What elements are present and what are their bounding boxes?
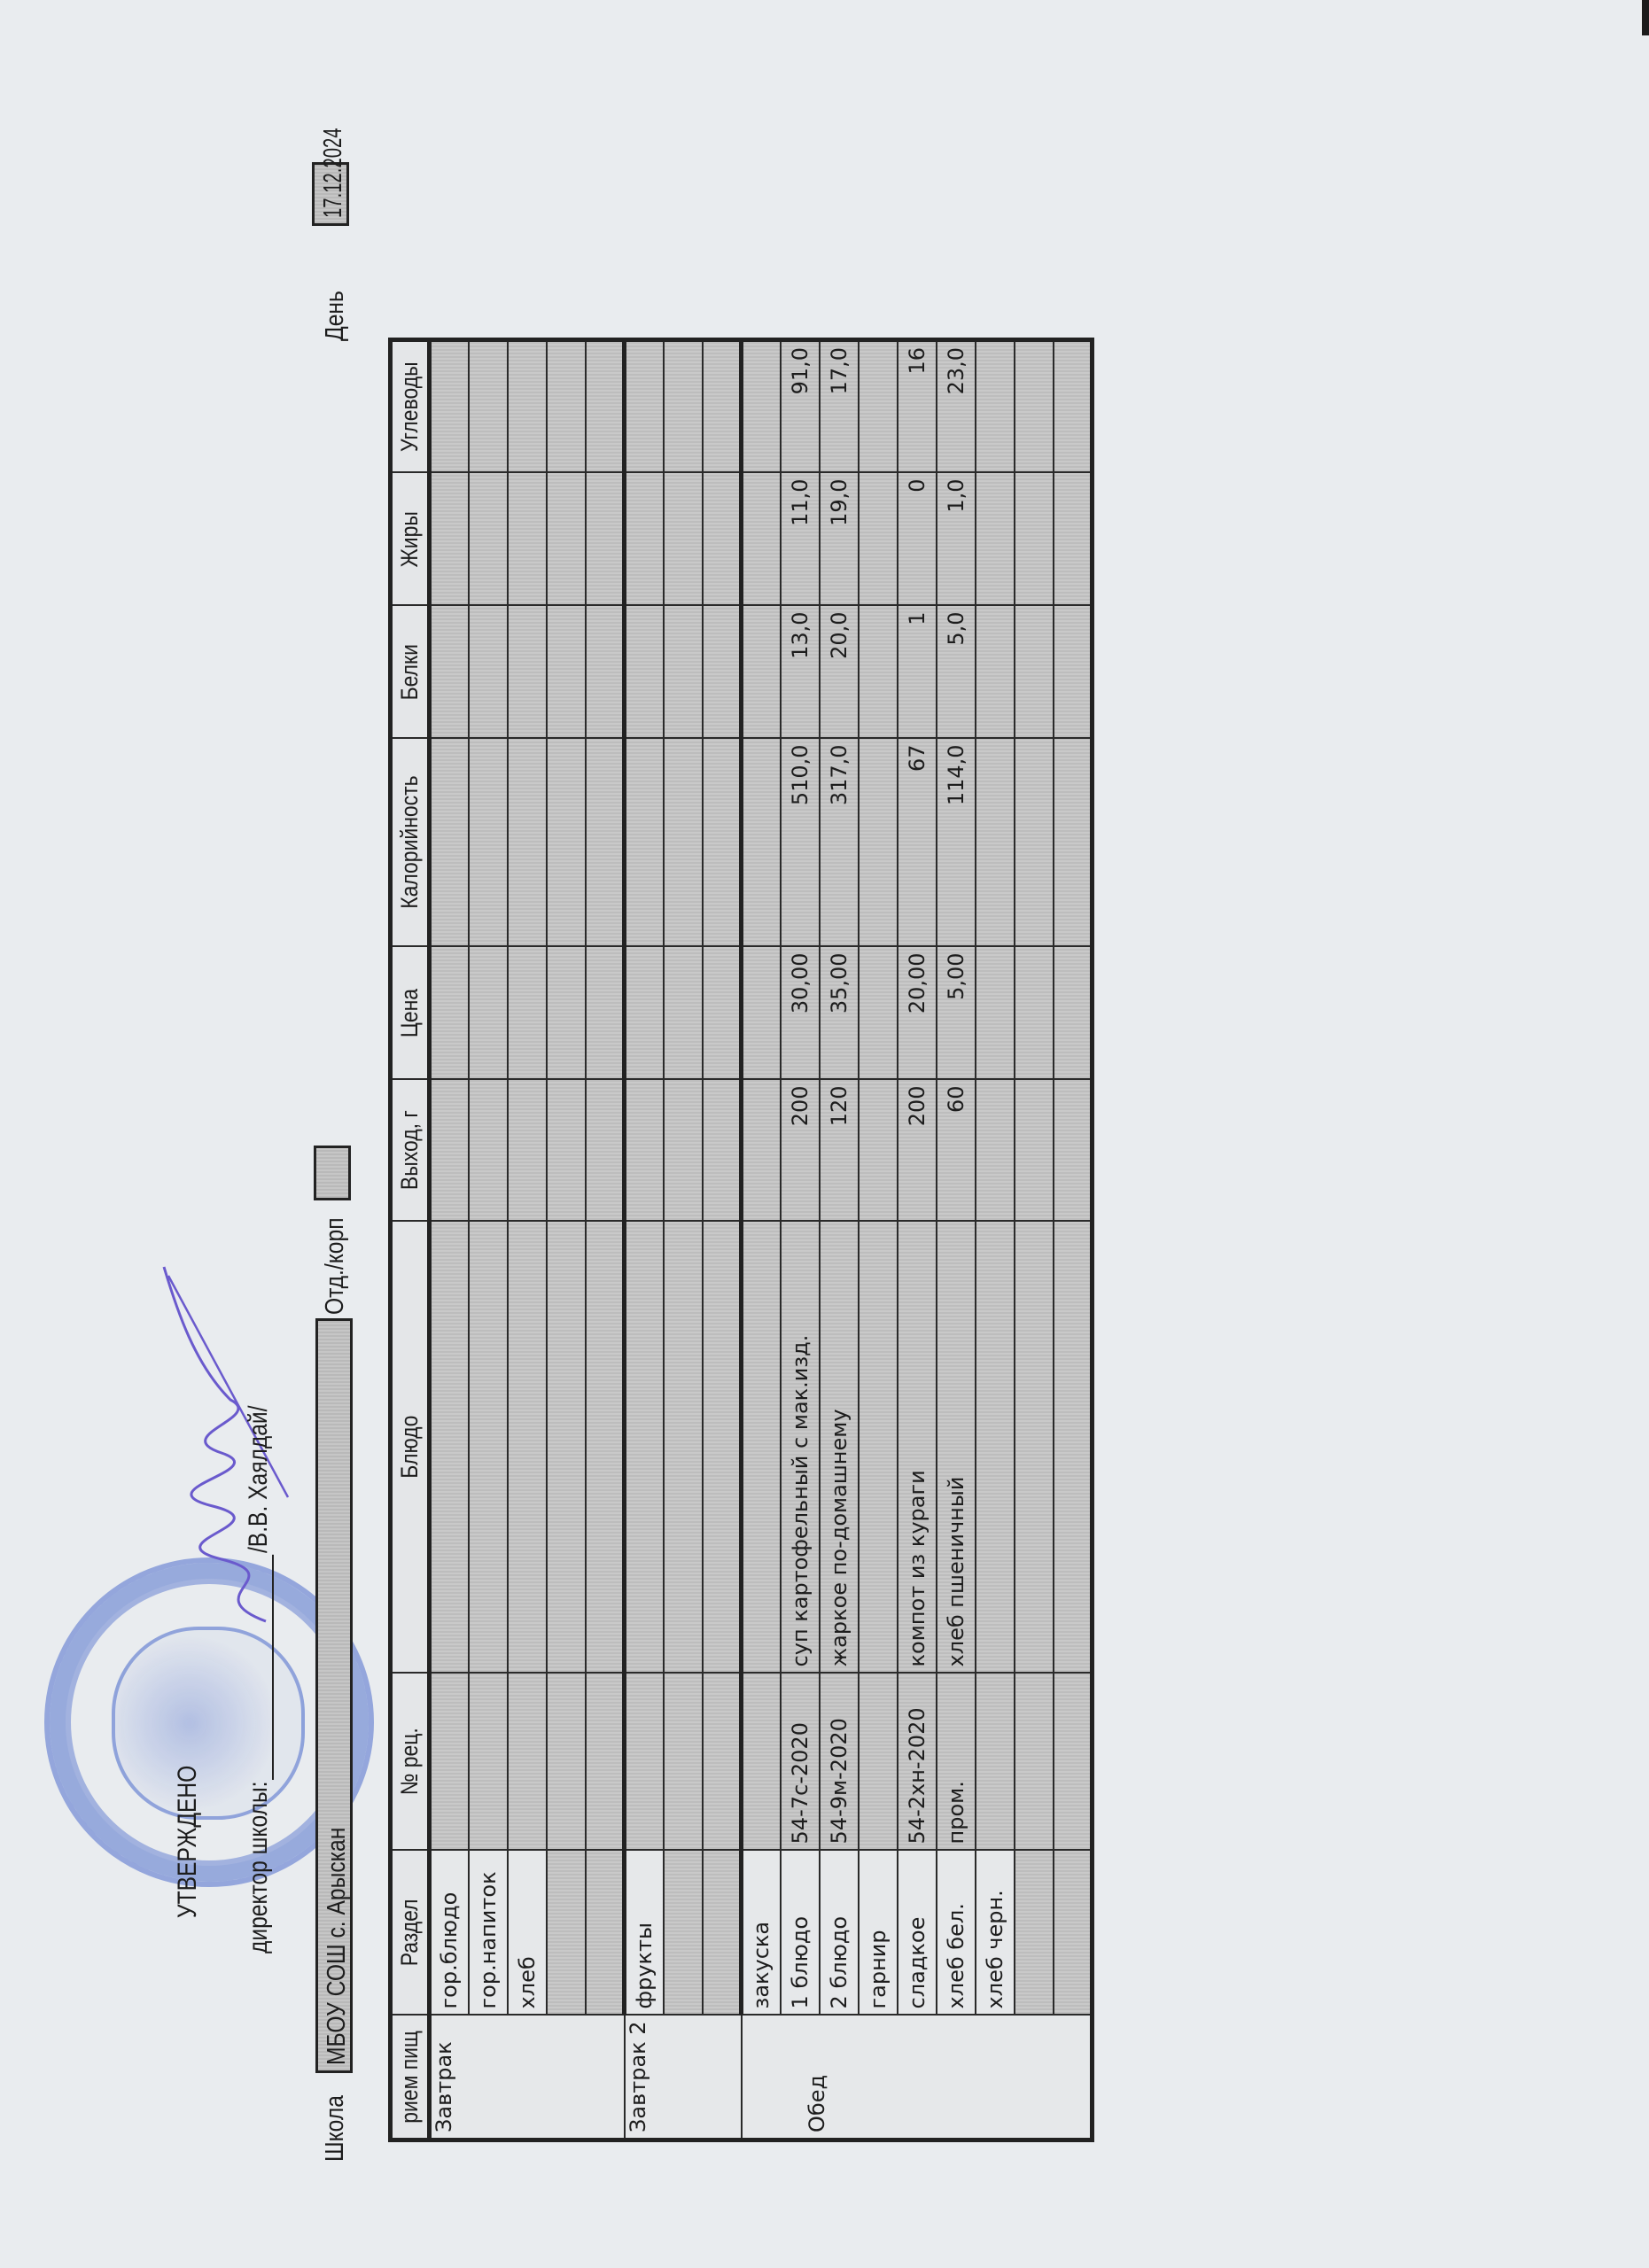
protein-cell <box>664 605 703 738</box>
protein-cell <box>703 605 742 738</box>
price-cell <box>547 946 586 1079</box>
dish-cell <box>1054 1221 1093 1673</box>
protein-cell <box>469 605 508 738</box>
section-cell <box>1015 1850 1054 2015</box>
director-line: директор школы:/В.В. Хаялдай/ <box>244 1406 274 1953</box>
col-protein: Белки <box>391 605 430 738</box>
output-cell <box>586 1079 625 1221</box>
price-cell <box>508 946 547 1079</box>
table-row <box>1054 339 1093 2140</box>
protein-cell <box>859 605 898 738</box>
recipe-cell <box>742 1673 781 1850</box>
table-row: гарнир <box>859 339 898 2140</box>
calories-cell <box>976 738 1015 946</box>
carbs-cell <box>625 339 664 472</box>
recipe-cell <box>430 1673 469 1850</box>
col-section: Раздел <box>391 1850 430 2015</box>
recipe-cell: 54-2хн-2020 <box>898 1673 937 1850</box>
calories-cell: 114,0 <box>937 738 976 946</box>
department-label: Отд./корп <box>321 1217 350 1315</box>
signature-line <box>272 1555 274 1780</box>
price-cell: 20,00 <box>898 946 937 1079</box>
price-cell <box>1015 946 1054 1079</box>
protein-cell: 20,0 <box>820 605 859 738</box>
table-row: хлеб <box>508 339 547 2140</box>
school-label: Школа <box>321 2095 350 2162</box>
output-cell: 200 <box>781 1079 820 1221</box>
fat-cell <box>508 472 547 605</box>
output-cell <box>625 1079 664 1221</box>
fat-cell <box>625 472 664 605</box>
dish-cell <box>430 1221 469 1673</box>
calories-cell <box>1054 738 1093 946</box>
carbs-cell <box>859 339 898 472</box>
output-cell <box>664 1079 703 1221</box>
output-cell: 120 <box>820 1079 859 1221</box>
calories-cell <box>508 738 547 946</box>
col-dish: Блюдо <box>391 1221 430 1673</box>
calories-cell <box>586 738 625 946</box>
table-row: Завтрак 2фрукты <box>625 339 664 2140</box>
table-row: Обедзакуска <box>742 339 781 2140</box>
recipe-cell <box>1054 1673 1093 1850</box>
day-field[interactable]: 17.12.2024 <box>312 162 349 226</box>
table-row: хлеб бел.пром.хлеб пшеничный605,00114,05… <box>937 339 976 2140</box>
protein-cell <box>742 605 781 738</box>
output-cell <box>1054 1079 1093 1221</box>
carbs-cell <box>469 339 508 472</box>
recipe-cell: 54-7с-2020 <box>781 1673 820 1850</box>
fat-cell: 11,0 <box>781 472 820 605</box>
meal-cell: Завтрак 2 <box>625 2015 742 2140</box>
recipe-cell: пром. <box>937 1673 976 1850</box>
table-row <box>664 339 703 2140</box>
school-field[interactable]: МБОУ СОШ с. Арыскан <box>315 1318 353 2073</box>
section-cell <box>586 1850 625 2015</box>
col-carbs: Углеводы <box>391 339 430 472</box>
meal-cell: Завтрак <box>430 2015 625 2140</box>
section-cell: хлеб бел. <box>937 1850 976 2015</box>
protein-cell: 1 <box>898 605 937 738</box>
fat-cell <box>742 472 781 605</box>
price-cell <box>586 946 625 1079</box>
price-cell: 35,00 <box>820 946 859 1079</box>
recipe-cell <box>469 1673 508 1850</box>
section-cell: 2 блюдо <box>820 1850 859 2015</box>
price-cell <box>703 946 742 1079</box>
fat-cell <box>1015 472 1054 605</box>
director-name: /В.В. Хаялдай/ <box>244 1406 273 1554</box>
recipe-cell <box>508 1673 547 1850</box>
section-cell: гор.напиток <box>469 1850 508 2015</box>
price-cell <box>742 946 781 1079</box>
fat-cell <box>586 472 625 605</box>
recipe-cell <box>625 1673 664 1850</box>
calories-cell: 510,0 <box>781 738 820 946</box>
calories-cell: 317,0 <box>820 738 859 946</box>
fat-cell: 19,0 <box>820 472 859 605</box>
col-output: Выход, г <box>391 1079 430 1221</box>
output-cell <box>547 1079 586 1221</box>
dish-cell: суп картофельный с мак.изд. <box>781 1221 820 1673</box>
section-cell: фрукты <box>625 1850 664 2015</box>
output-cell <box>1015 1079 1054 1221</box>
calories-cell: 67 <box>898 738 937 946</box>
dish-cell <box>586 1221 625 1673</box>
output-cell <box>742 1079 781 1221</box>
protein-cell <box>625 605 664 738</box>
protein-cell <box>547 605 586 738</box>
dish-cell: хлеб пшеничный <box>937 1221 976 1673</box>
section-cell <box>703 1850 742 2015</box>
section-cell <box>1054 1850 1093 2015</box>
calories-cell <box>859 738 898 946</box>
recipe-cell <box>586 1673 625 1850</box>
table-row: 2 блюдо54-9м-2020жаркое по-домашнему1203… <box>820 339 859 2140</box>
price-cell <box>976 946 1015 1079</box>
calories-cell <box>703 738 742 946</box>
price-cell <box>430 946 469 1079</box>
fat-cell <box>664 472 703 605</box>
recipe-cell <box>1015 1673 1054 1850</box>
calories-cell <box>664 738 703 946</box>
protein-cell <box>508 605 547 738</box>
section-cell <box>664 1850 703 2015</box>
stamp-emblem <box>112 1627 305 1820</box>
col-calories: Калорийность <box>391 738 430 946</box>
table-row: гор.напиток <box>469 339 508 2140</box>
carbs-cell <box>1015 339 1054 472</box>
section-cell: гарнир <box>859 1850 898 2015</box>
calories-cell <box>742 738 781 946</box>
price-cell: 5,00 <box>937 946 976 1079</box>
section-cell: закуска <box>742 1850 781 2015</box>
carbs-cell <box>742 339 781 472</box>
dish-cell <box>547 1221 586 1673</box>
table-row: сладкое54-2хн-2020компот из кураги20020,… <box>898 339 937 2140</box>
calories-cell <box>469 738 508 946</box>
col-fat: Жиры <box>391 472 430 605</box>
calories-cell <box>547 738 586 946</box>
col-recipe: № рец. <box>391 1673 430 1850</box>
fat-cell <box>1054 472 1093 605</box>
dish-cell: жаркое по-домашнему <box>820 1221 859 1673</box>
price-cell <box>469 946 508 1079</box>
department-field[interactable] <box>314 1146 351 1200</box>
section-cell: хлеб <box>508 1850 547 2015</box>
carbs-cell <box>1054 339 1093 472</box>
fat-cell <box>976 472 1015 605</box>
dish-cell <box>703 1221 742 1673</box>
table-row: хлеб черн. <box>976 339 1015 2140</box>
recipe-cell <box>703 1673 742 1850</box>
calories-cell <box>625 738 664 946</box>
table-header-row: рием пищ Раздел № рец. Блюдо Выход, г Це… <box>391 339 430 2140</box>
table-row <box>703 339 742 2140</box>
recipe-cell: 54-9м-2020 <box>820 1673 859 1850</box>
output-cell <box>430 1079 469 1221</box>
protein-cell <box>1054 605 1093 738</box>
protein-cell <box>976 605 1015 738</box>
section-cell: гор.блюдо <box>430 1850 469 2015</box>
output-cell: 60 <box>937 1079 976 1221</box>
fat-cell: 1,0 <box>937 472 976 605</box>
carbs-cell <box>508 339 547 472</box>
recipe-cell <box>547 1673 586 1850</box>
menu-body: Завтракгор.блюдогор.напитокхлебЗавтрак 2… <box>430 339 1093 2140</box>
section-cell <box>547 1850 586 2015</box>
protein-cell: 5,0 <box>937 605 976 738</box>
carbs-cell <box>664 339 703 472</box>
carbs-cell <box>703 339 742 472</box>
fat-cell <box>703 472 742 605</box>
table-row <box>547 339 586 2140</box>
calories-cell <box>430 738 469 946</box>
section-cell: сладкое <box>898 1850 937 2015</box>
dish-cell <box>859 1221 898 1673</box>
col-price: Цена <box>391 946 430 1079</box>
output-cell <box>859 1079 898 1221</box>
protein-cell <box>430 605 469 738</box>
approved-label: УТВЕРЖДЕНО <box>173 1766 203 1918</box>
dish-cell <box>1015 1221 1054 1673</box>
carbs-cell <box>586 339 625 472</box>
col-meal: рием пищ <box>391 2015 430 2140</box>
price-cell <box>1054 946 1093 1079</box>
output-cell <box>469 1079 508 1221</box>
table-row <box>1015 339 1054 2140</box>
school-value: МБОУ СОШ с. Арыскан <box>318 1828 355 2065</box>
table-row: Завтракгор.блюдо <box>430 339 469 2140</box>
meal-cell: Обед <box>742 2015 1093 2140</box>
recipe-cell <box>859 1673 898 1850</box>
menu-sheet: УТВЕРЖДЕНО директор школы:/В.В. Хаялдай/… <box>0 0 1649 2268</box>
table-row: 1 блюдо54-7с-2020суп картофельный с мак.… <box>781 339 820 2140</box>
carbs-cell: 16 <box>898 339 937 472</box>
output-cell <box>508 1079 547 1221</box>
carbs-cell: 91,0 <box>781 339 820 472</box>
section-cell: хлеб черн. <box>976 1850 1015 2015</box>
dish-cell <box>664 1221 703 1673</box>
recipe-cell <box>664 1673 703 1850</box>
calories-cell <box>1015 738 1054 946</box>
director-label: директор школы: <box>244 1782 273 1953</box>
fat-cell: 0 <box>898 472 937 605</box>
output-cell <box>703 1079 742 1221</box>
day-value: 17.12.2024 <box>315 128 352 218</box>
carbs-cell: 23,0 <box>937 339 976 472</box>
carbs-cell <box>430 339 469 472</box>
dish-cell <box>508 1221 547 1673</box>
protein-cell <box>1015 605 1054 738</box>
carbs-cell <box>976 339 1015 472</box>
carbs-cell: 17,0 <box>820 339 859 472</box>
fat-cell <box>859 472 898 605</box>
protein-cell: 13,0 <box>781 605 820 738</box>
output-cell: 200 <box>898 1079 937 1221</box>
dish-cell <box>469 1221 508 1673</box>
recipe-cell <box>976 1673 1015 1850</box>
fat-cell <box>469 472 508 605</box>
output-cell <box>976 1079 1015 1221</box>
price-cell <box>859 946 898 1079</box>
price-cell <box>664 946 703 1079</box>
dish-cell <box>742 1221 781 1673</box>
price-cell: 30,00 <box>781 946 820 1079</box>
dish-cell <box>976 1221 1015 1673</box>
fat-cell <box>547 472 586 605</box>
fat-cell <box>430 472 469 605</box>
day-label: День <box>321 291 350 341</box>
dish-cell <box>625 1221 664 1673</box>
table-row <box>586 339 625 2140</box>
protein-cell <box>586 605 625 738</box>
menu-table: рием пищ Раздел № рец. Блюдо Выход, г Це… <box>388 338 1094 2142</box>
dish-cell: компот из кураги <box>898 1221 937 1673</box>
carbs-cell <box>547 339 586 472</box>
section-cell: 1 блюдо <box>781 1850 820 2015</box>
price-cell <box>625 946 664 1079</box>
